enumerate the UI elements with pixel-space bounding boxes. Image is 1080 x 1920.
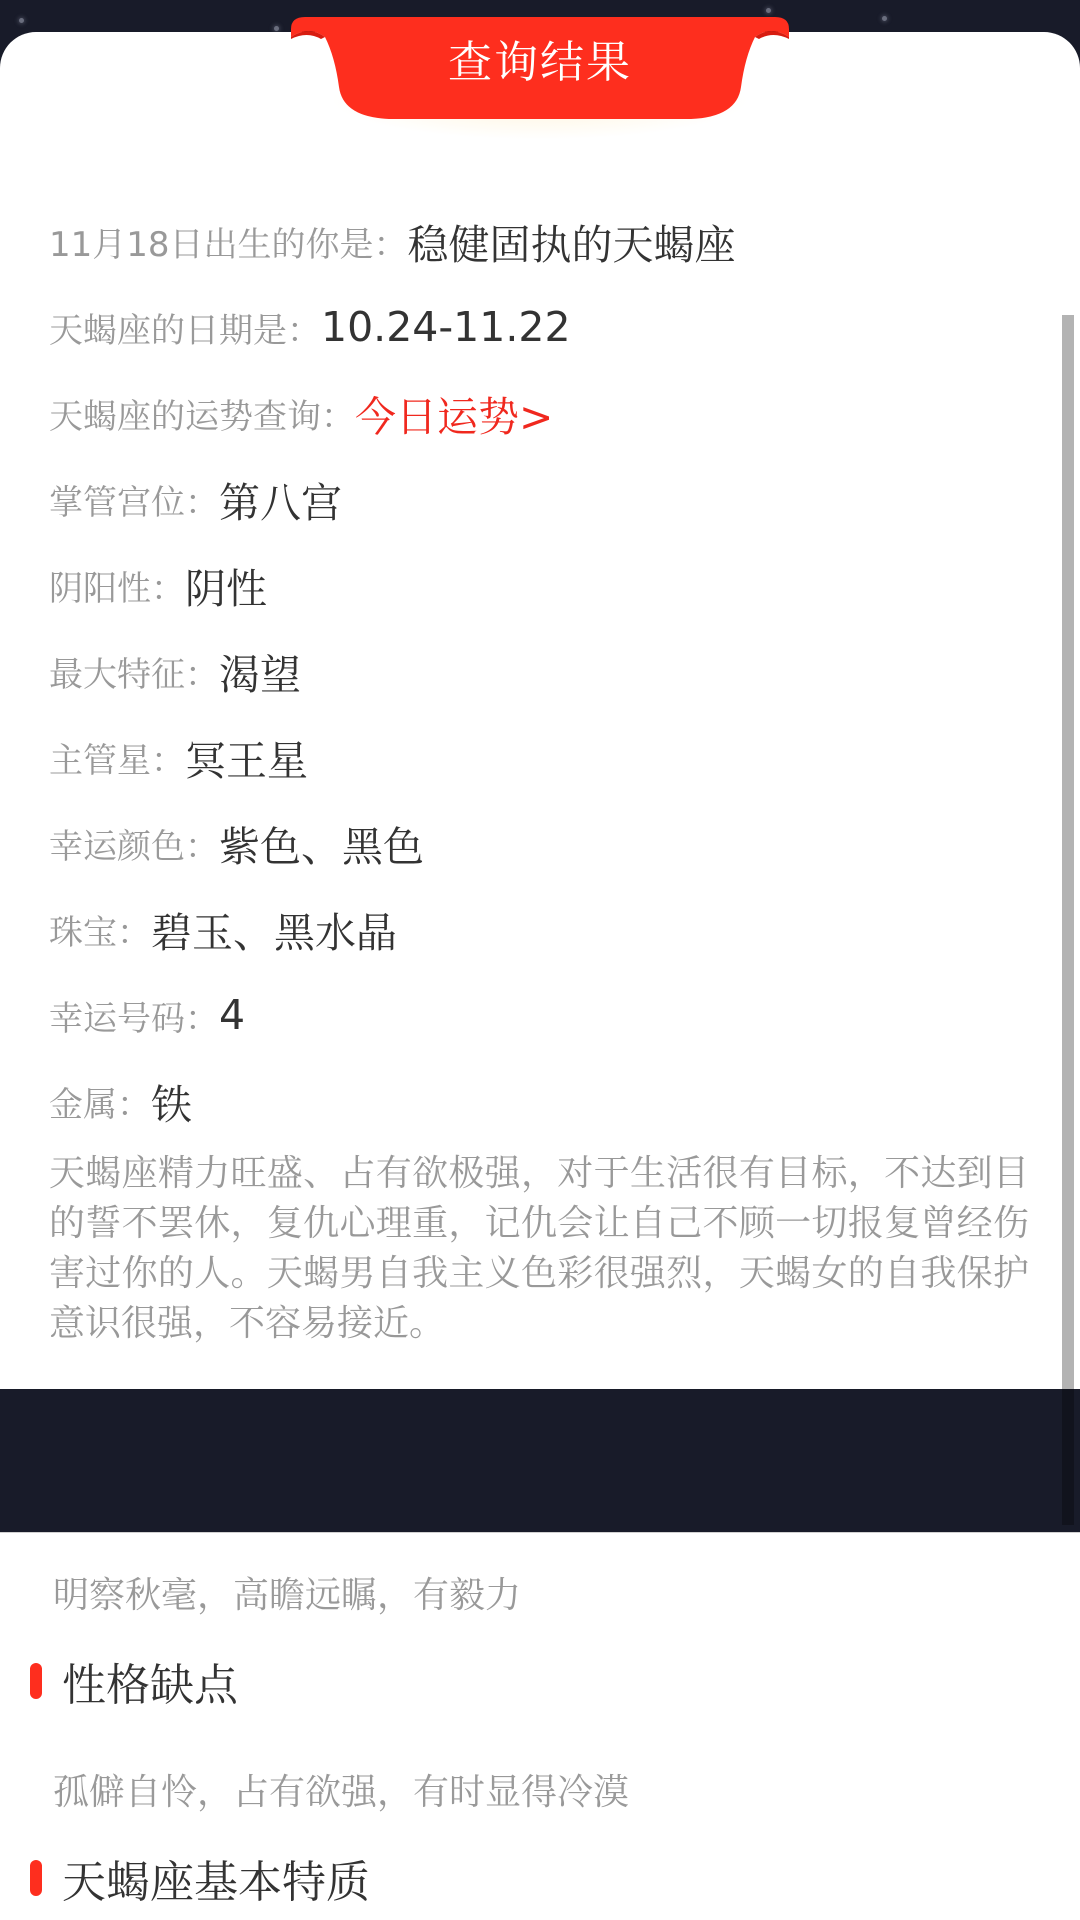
row-birthday-sign: 11月18日出生的你是： 稳健固执的天蝎座 bbox=[49, 198, 1029, 284]
section-title: 性格缺点 bbox=[62, 1649, 238, 1713]
row-metal: 金属： 铁 bbox=[49, 1058, 1029, 1144]
row-jewelry: 珠宝： 碧玉、黑水晶 bbox=[49, 886, 1029, 972]
star-decoration bbox=[274, 26, 279, 31]
page: 查询结果 11月18日出生的你是： 稳健固执的天蝎座 天蝎座的日期是： 10.2… bbox=[0, 0, 1080, 1920]
weakness-section-heading: 性格缺点 bbox=[30, 1649, 238, 1713]
title-ribbon: 查询结果 bbox=[291, 17, 789, 121]
today-fortune-link[interactable]: 今日运势> bbox=[355, 384, 553, 443]
scrollbar-track-tail bbox=[1062, 1389, 1074, 1525]
row-label: 最大特征： bbox=[49, 647, 219, 696]
row-label: 天蝎座的日期是： bbox=[49, 303, 321, 352]
star-decoration bbox=[882, 16, 887, 21]
row-label: 11月18日出生的你是： bbox=[49, 217, 408, 266]
row-value: 10.24-11.22 bbox=[321, 303, 571, 351]
basics-section-heading: 天蝎座基本特质 bbox=[30, 1846, 370, 1910]
row-label: 天蝎座的运势查询： bbox=[49, 389, 355, 438]
row-house: 掌管宫位： 第八宫 bbox=[49, 456, 1029, 542]
page-title: 查询结果 bbox=[291, 35, 789, 91]
traits-panel: 明察秋毫，高瞻远瞩，有毅力 性格缺点 孤僻自怜，占有欲强，有时显得冷漠 天蝎座基… bbox=[0, 1532, 1080, 1920]
row-value: 渴望 bbox=[219, 642, 301, 701]
row-value: 第八宫 bbox=[219, 470, 342, 529]
row-label: 珠宝： bbox=[49, 905, 151, 954]
row-main-trait: 最大特征： 渴望 bbox=[49, 628, 1029, 714]
row-value: 紫色、黑色 bbox=[219, 814, 424, 873]
row-lucky-colors: 幸运颜色： 紫色、黑色 bbox=[49, 800, 1029, 886]
row-value: 铁 bbox=[151, 1072, 192, 1131]
row-value: 稳健固执的天蝎座 bbox=[408, 212, 736, 271]
row-fortune-query: 天蝎座的运势查询： 今日运势> bbox=[49, 370, 1029, 456]
section-marker-icon bbox=[30, 1663, 42, 1699]
strengths-text: 明察秋毫，高瞻远瞩，有毅力 bbox=[53, 1567, 521, 1618]
weakness-text: 孤僻自怜，占有欲强，有时显得冷漠 bbox=[53, 1764, 629, 1815]
row-date-range: 天蝎座的日期是： 10.24-11.22 bbox=[49, 284, 1029, 370]
row-label: 主管星： bbox=[49, 733, 185, 782]
scrollbar-thumb[interactable] bbox=[1062, 315, 1074, 1389]
star-decoration bbox=[766, 8, 771, 13]
row-label: 幸运号码： bbox=[49, 991, 219, 1040]
row-label: 幸运颜色： bbox=[49, 819, 219, 868]
row-polarity: 阴阳性： 阴性 bbox=[49, 542, 1029, 628]
sign-description: 天蝎座精力旺盛、占有欲极强，对于生活很有目标，不达到目的誓不罢休，复仇心理重，记… bbox=[49, 1149, 1029, 1349]
scrollbar[interactable] bbox=[1062, 315, 1074, 1525]
row-label: 阴阳性： bbox=[49, 561, 185, 610]
row-value: 4 bbox=[219, 991, 245, 1039]
row-ruling-planet: 主管星： 冥王星 bbox=[49, 714, 1029, 800]
row-lucky-number: 幸运号码： 4 bbox=[49, 972, 1029, 1058]
row-value: 碧玉、黑水晶 bbox=[151, 900, 397, 959]
row-label: 金属： bbox=[49, 1077, 151, 1126]
row-value: 冥王星 bbox=[185, 728, 308, 787]
star-decoration bbox=[19, 18, 24, 23]
section-marker-icon bbox=[30, 1860, 42, 1896]
section-title: 天蝎座基本特质 bbox=[62, 1846, 370, 1910]
result-list: 11月18日出生的你是： 稳健固执的天蝎座 天蝎座的日期是： 10.24-11.… bbox=[49, 198, 1029, 1144]
row-label: 掌管宫位： bbox=[49, 475, 219, 524]
row-value: 阴性 bbox=[185, 556, 267, 615]
